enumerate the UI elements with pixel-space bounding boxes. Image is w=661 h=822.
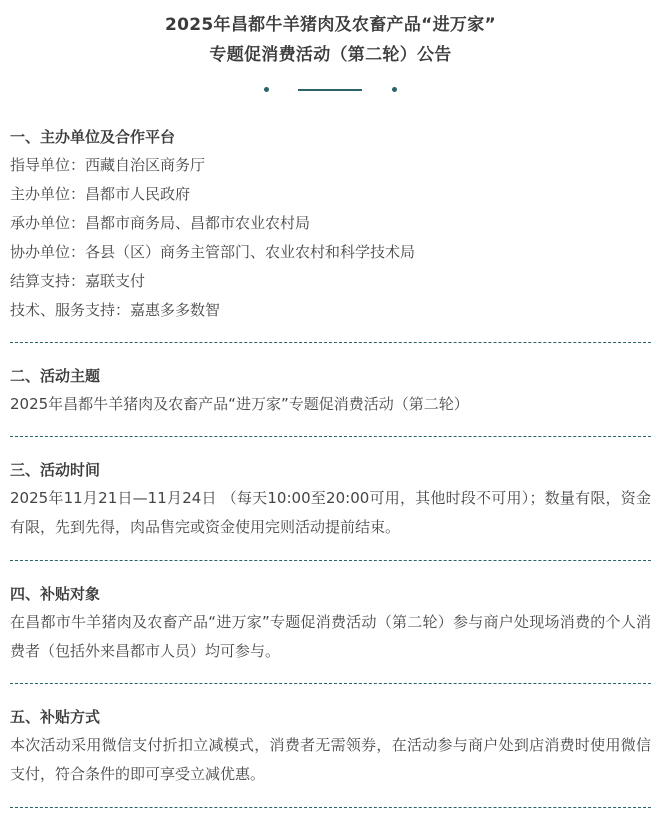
organizer-line: 主办单位：昌都市人民政府 [10,180,651,209]
ornament-line [298,89,362,91]
organizer-line: 技术、服务支持：嘉惠多多数智 [10,296,651,325]
ornament-dot-icon [264,87,269,92]
section-heading: 二、活动主题 [10,362,651,390]
organizer-line: 指导单位：西藏自治区商务厅 [10,151,651,180]
section-divider [10,683,651,684]
organizer-line: 协办单位：各县（区）商务主管部门、农业农村和科学技术局 [10,238,651,267]
section-divider [10,342,651,343]
section-heading: 五、补贴方式 [10,703,651,731]
section-organizers: 一、主办单位及合作平台 指导单位：西藏自治区商务厅 主办单位：昌都市人民政府 承… [10,123,651,325]
section-heading: 三、活动时间 [10,456,651,484]
section-time: 三、活动时间 2025年11月21日—11月24日 （每天10:00至20:00… [10,456,651,542]
section-body: 2025年11月21日—11月24日 （每天10:00至20:00可用，其他时段… [10,484,651,542]
section-body: 本次活动采用微信支付折扣立减模式，消费者无需领券，在活动参与商户处到店消费时使用… [10,731,651,789]
section-divider [10,436,651,437]
section-divider [10,560,651,561]
organizer-line: 承办单位：昌都市商务局、昌都市农业农村局 [10,209,651,238]
section-eligibility: 四、补贴对象 在昌都市牛羊猪肉及农畜产品“进万家”专题促消费活动（第二轮）参与商… [10,580,651,666]
page-title-line-2: 专题促消费活动（第二轮）公告 [0,40,661,65]
section-theme: 二、活动主题 2025年昌都牛羊猪肉及农畜产品“进万家”专题促消费活动（第二轮） [10,362,651,419]
page-title-line-1: 2025年昌都牛羊猪肉及农畜产品“进万家” [0,10,661,35]
section-body: 2025年昌都牛羊猪肉及农畜产品“进万家”专题促消费活动（第二轮） [10,390,651,419]
ornament-dot-icon [392,87,397,92]
section-heading: 一、主办单位及合作平台 [10,123,651,151]
organizer-line: 结算支持：嘉联支付 [10,267,651,296]
section-heading: 四、补贴对象 [10,580,651,608]
title-ornament [0,84,661,94]
section-divider [10,807,651,808]
section-body: 在昌都市牛羊猪肉及农畜产品“进万家”专题促消费活动（第二轮）参与商户处现场消费的… [10,608,651,666]
section-subsidy-method: 五、补贴方式 本次活动采用微信支付折扣立减模式，消费者无需领券，在活动参与商户处… [10,703,651,789]
